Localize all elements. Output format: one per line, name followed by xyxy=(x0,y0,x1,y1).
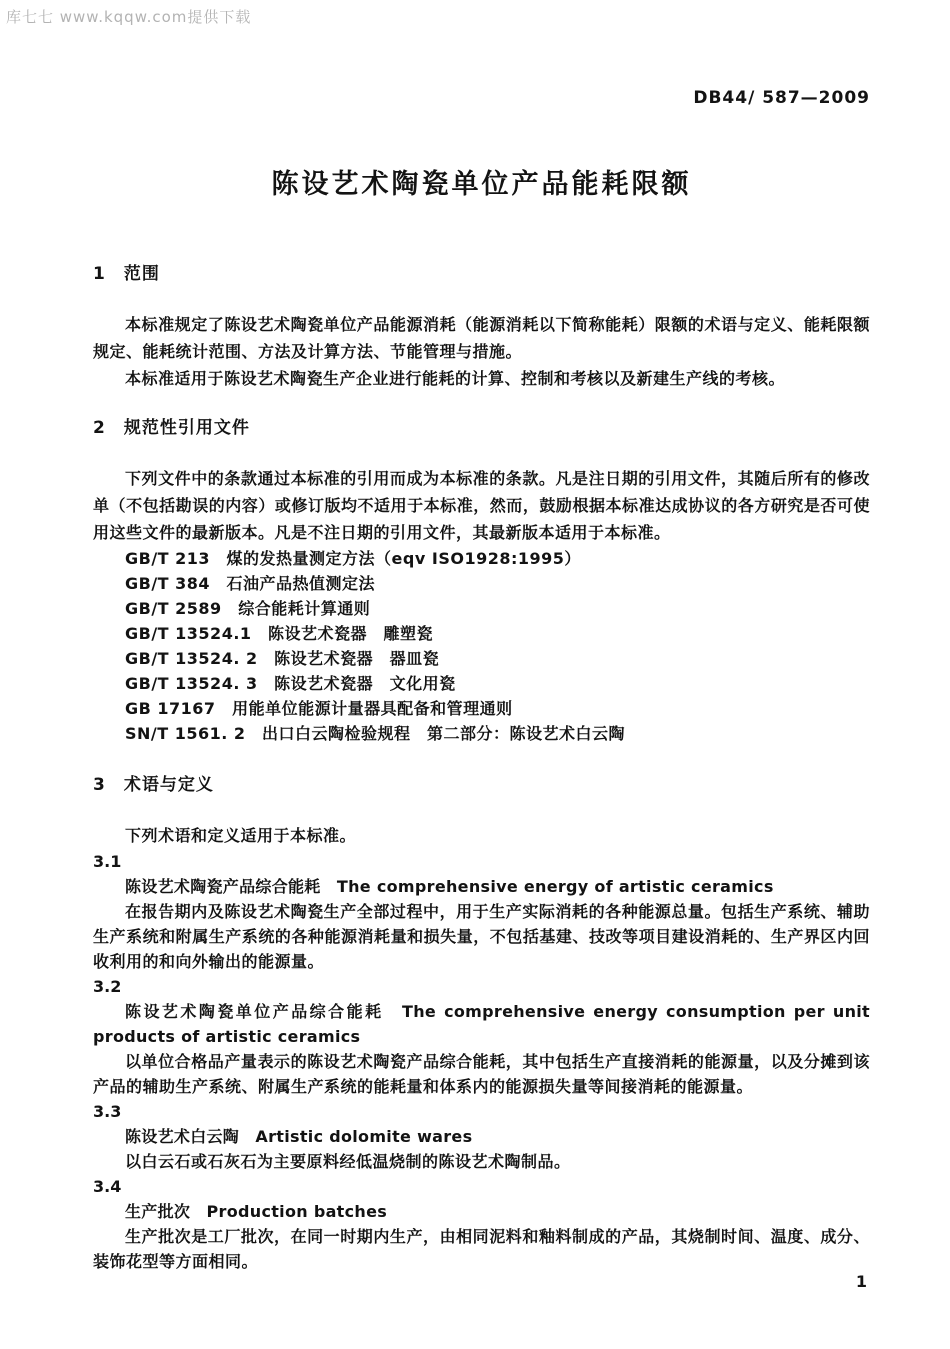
term-title: 陈设艺术白云陶 Artistic dolomite wares xyxy=(93,1124,870,1149)
reference-item: GB 17167 用能单位能源计量器具配备和管理通则 xyxy=(125,696,870,721)
reference-item: GB/T 13524.1 陈设艺术瓷器 雕塑瓷 xyxy=(125,621,870,646)
term-number: 3.3 xyxy=(93,1099,870,1124)
term-block: 3.2 陈设艺术陶瓷单位产品综合能耗 The comprehensive ene… xyxy=(93,974,870,1099)
section-normative-references: 2 规范性引用文件 下列文件中的条款通过本标准的引用而成为本标准的条款。凡是注日… xyxy=(93,413,870,746)
term-definition: 生产批次是工厂批次，在同一时期内生产，由相同泥料和釉料制成的产品，其烧制时间、温… xyxy=(93,1224,870,1274)
scope-paragraph: 本标准规定了陈设艺术陶瓷单位产品能源消耗（能源消耗以下简称能耗）限额的术语与定义… xyxy=(93,311,870,365)
term-number: 3.4 xyxy=(93,1174,870,1199)
term-number: 3.2 xyxy=(93,974,870,999)
term-block: 3.4 生产批次 Production batches 生产批次是工厂批次，在同… xyxy=(93,1174,870,1274)
scope-paragraph: 本标准适用于陈设艺术陶瓷生产企业进行能耗的计算、控制和考核以及新建生产线的考核。 xyxy=(93,365,870,392)
term-block: 3.3 陈设艺术白云陶 Artistic dolomite wares 以白云石… xyxy=(93,1099,870,1174)
term-number: 3.1 xyxy=(93,849,870,874)
reference-item: GB/T 13524. 3 陈设艺术瓷器 文化用瓷 xyxy=(125,671,870,696)
document-title: 陈设艺术陶瓷单位产品能耗限额 xyxy=(93,162,870,201)
term-definition: 在报告期内及陈设艺术陶瓷生产全部过程中，用于生产实际消耗的各种能源总量。包括生产… xyxy=(93,899,870,974)
document-page: 库七七 www.kqqw.com提供下载 DB44/ 587—2009 陈设艺术… xyxy=(0,0,950,1349)
term-block: 3.1 陈设艺术陶瓷产品综合能耗 The comprehensive energ… xyxy=(93,849,870,974)
reference-item: SN/T 1561. 2 出口白云陶检验规程 第二部分：陈设艺术白云陶 xyxy=(125,721,870,746)
term-definition: 以白云石或石灰石为主要原料经低温烧制的陈设艺术陶制品。 xyxy=(93,1149,870,1174)
section-heading-references: 2 规范性引用文件 xyxy=(93,413,870,438)
watermark: 库七七 www.kqqw.com提供下载 xyxy=(6,6,251,27)
section-heading-terms: 3 术语与定义 xyxy=(93,770,870,795)
reference-item: GB/T 213 煤的发热量测定方法（eqv ISO1928:1995） xyxy=(125,546,870,571)
document-content: DB44/ 587—2009 陈设艺术陶瓷单位产品能耗限额 1 范围 本标准规定… xyxy=(0,0,950,1274)
section-scope: 1 范围 本标准规定了陈设艺术陶瓷单位产品能源消耗（能源消耗以下简称能耗）限额的… xyxy=(93,259,870,392)
reference-item: GB/T 13524. 2 陈设艺术瓷器 器皿瓷 xyxy=(125,646,870,671)
references-paragraph: 下列文件中的条款通过本标准的引用而成为本标准的条款。凡是注日期的引用文件，其随后… xyxy=(93,465,870,546)
section-heading-scope: 1 范围 xyxy=(93,259,870,284)
section-terms-definitions: 3 术语与定义 下列术语和定义适用于本标准。 3.1 陈设艺术陶瓷产品综合能耗 … xyxy=(93,770,870,1274)
terms-intro: 下列术语和定义适用于本标准。 xyxy=(93,822,870,849)
term-title: 生产批次 Production batches xyxy=(93,1199,870,1224)
reference-item: GB/T 384 石油产品热值测定法 xyxy=(125,571,870,596)
reference-item: GB/T 2589 综合能耗计算通则 xyxy=(125,596,870,621)
page-number: 1 xyxy=(856,1272,867,1291)
term-title: 陈设艺术陶瓷单位产品综合能耗 The comprehensive energy … xyxy=(93,999,870,1049)
reference-list: GB/T 213 煤的发热量测定方法（eqv ISO1928:1995） GB/… xyxy=(93,546,870,746)
term-title: 陈设艺术陶瓷产品综合能耗 The comprehensive energy of… xyxy=(93,874,870,899)
term-definition: 以单位合格品产量表示的陈设艺术陶瓷产品综合能耗，其中包括生产直接消耗的能源量，以… xyxy=(93,1049,870,1099)
